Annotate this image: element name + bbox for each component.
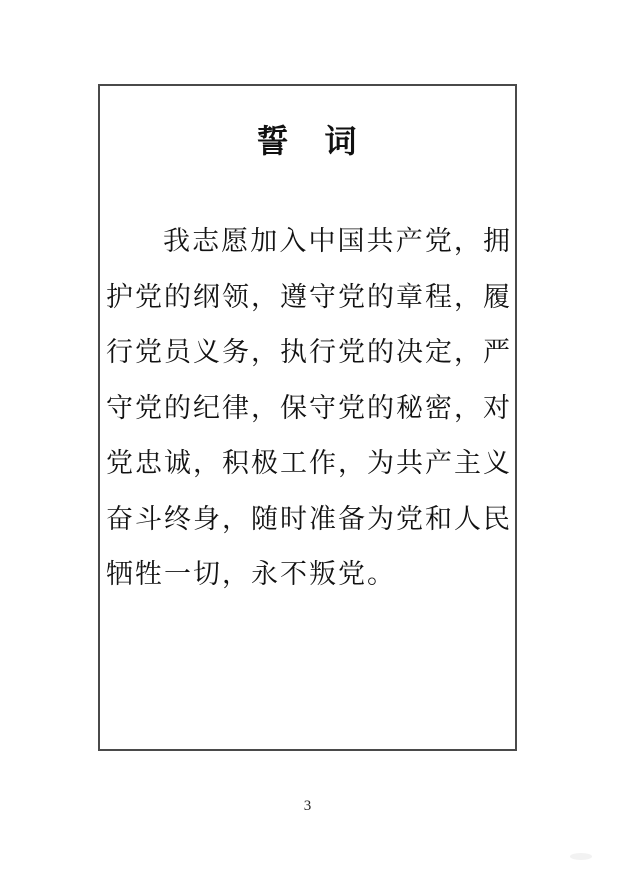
oath-line-4: 守党的纪律，保守党的秘密，对 [106,381,512,437]
oath-line-2: 护党的纲领，遵守党的章程，履 [106,270,512,326]
oath-body: 我志愿加入中国共产党，拥 护党的纲领，遵守党的章程，履 行党员义务，执行党的决定… [106,214,512,603]
oath-line-3: 行党员义务，执行党的决定，严 [106,325,512,381]
page-title: 誓 词 [100,120,515,162]
oath-line-5: 党忠诚，积极工作，为共产主义 [106,436,512,492]
oath-line-6: 奋斗终身，随时准备为党和人民 [106,492,512,548]
oath-line-7: 牺牲一切，永不叛党。 [106,547,512,603]
document-page: { "document": { "title": "誓 词", "oath": … [0,0,620,876]
oath-line-1: 我志愿加入中国共产党，拥 [106,214,512,270]
smudge-artifact [570,853,592,860]
page-number: 3 [98,795,517,817]
page-border: 誓 词 我志愿加入中国共产党，拥 护党的纲领，遵守党的章程，履 行党员义务，执行… [98,84,517,751]
